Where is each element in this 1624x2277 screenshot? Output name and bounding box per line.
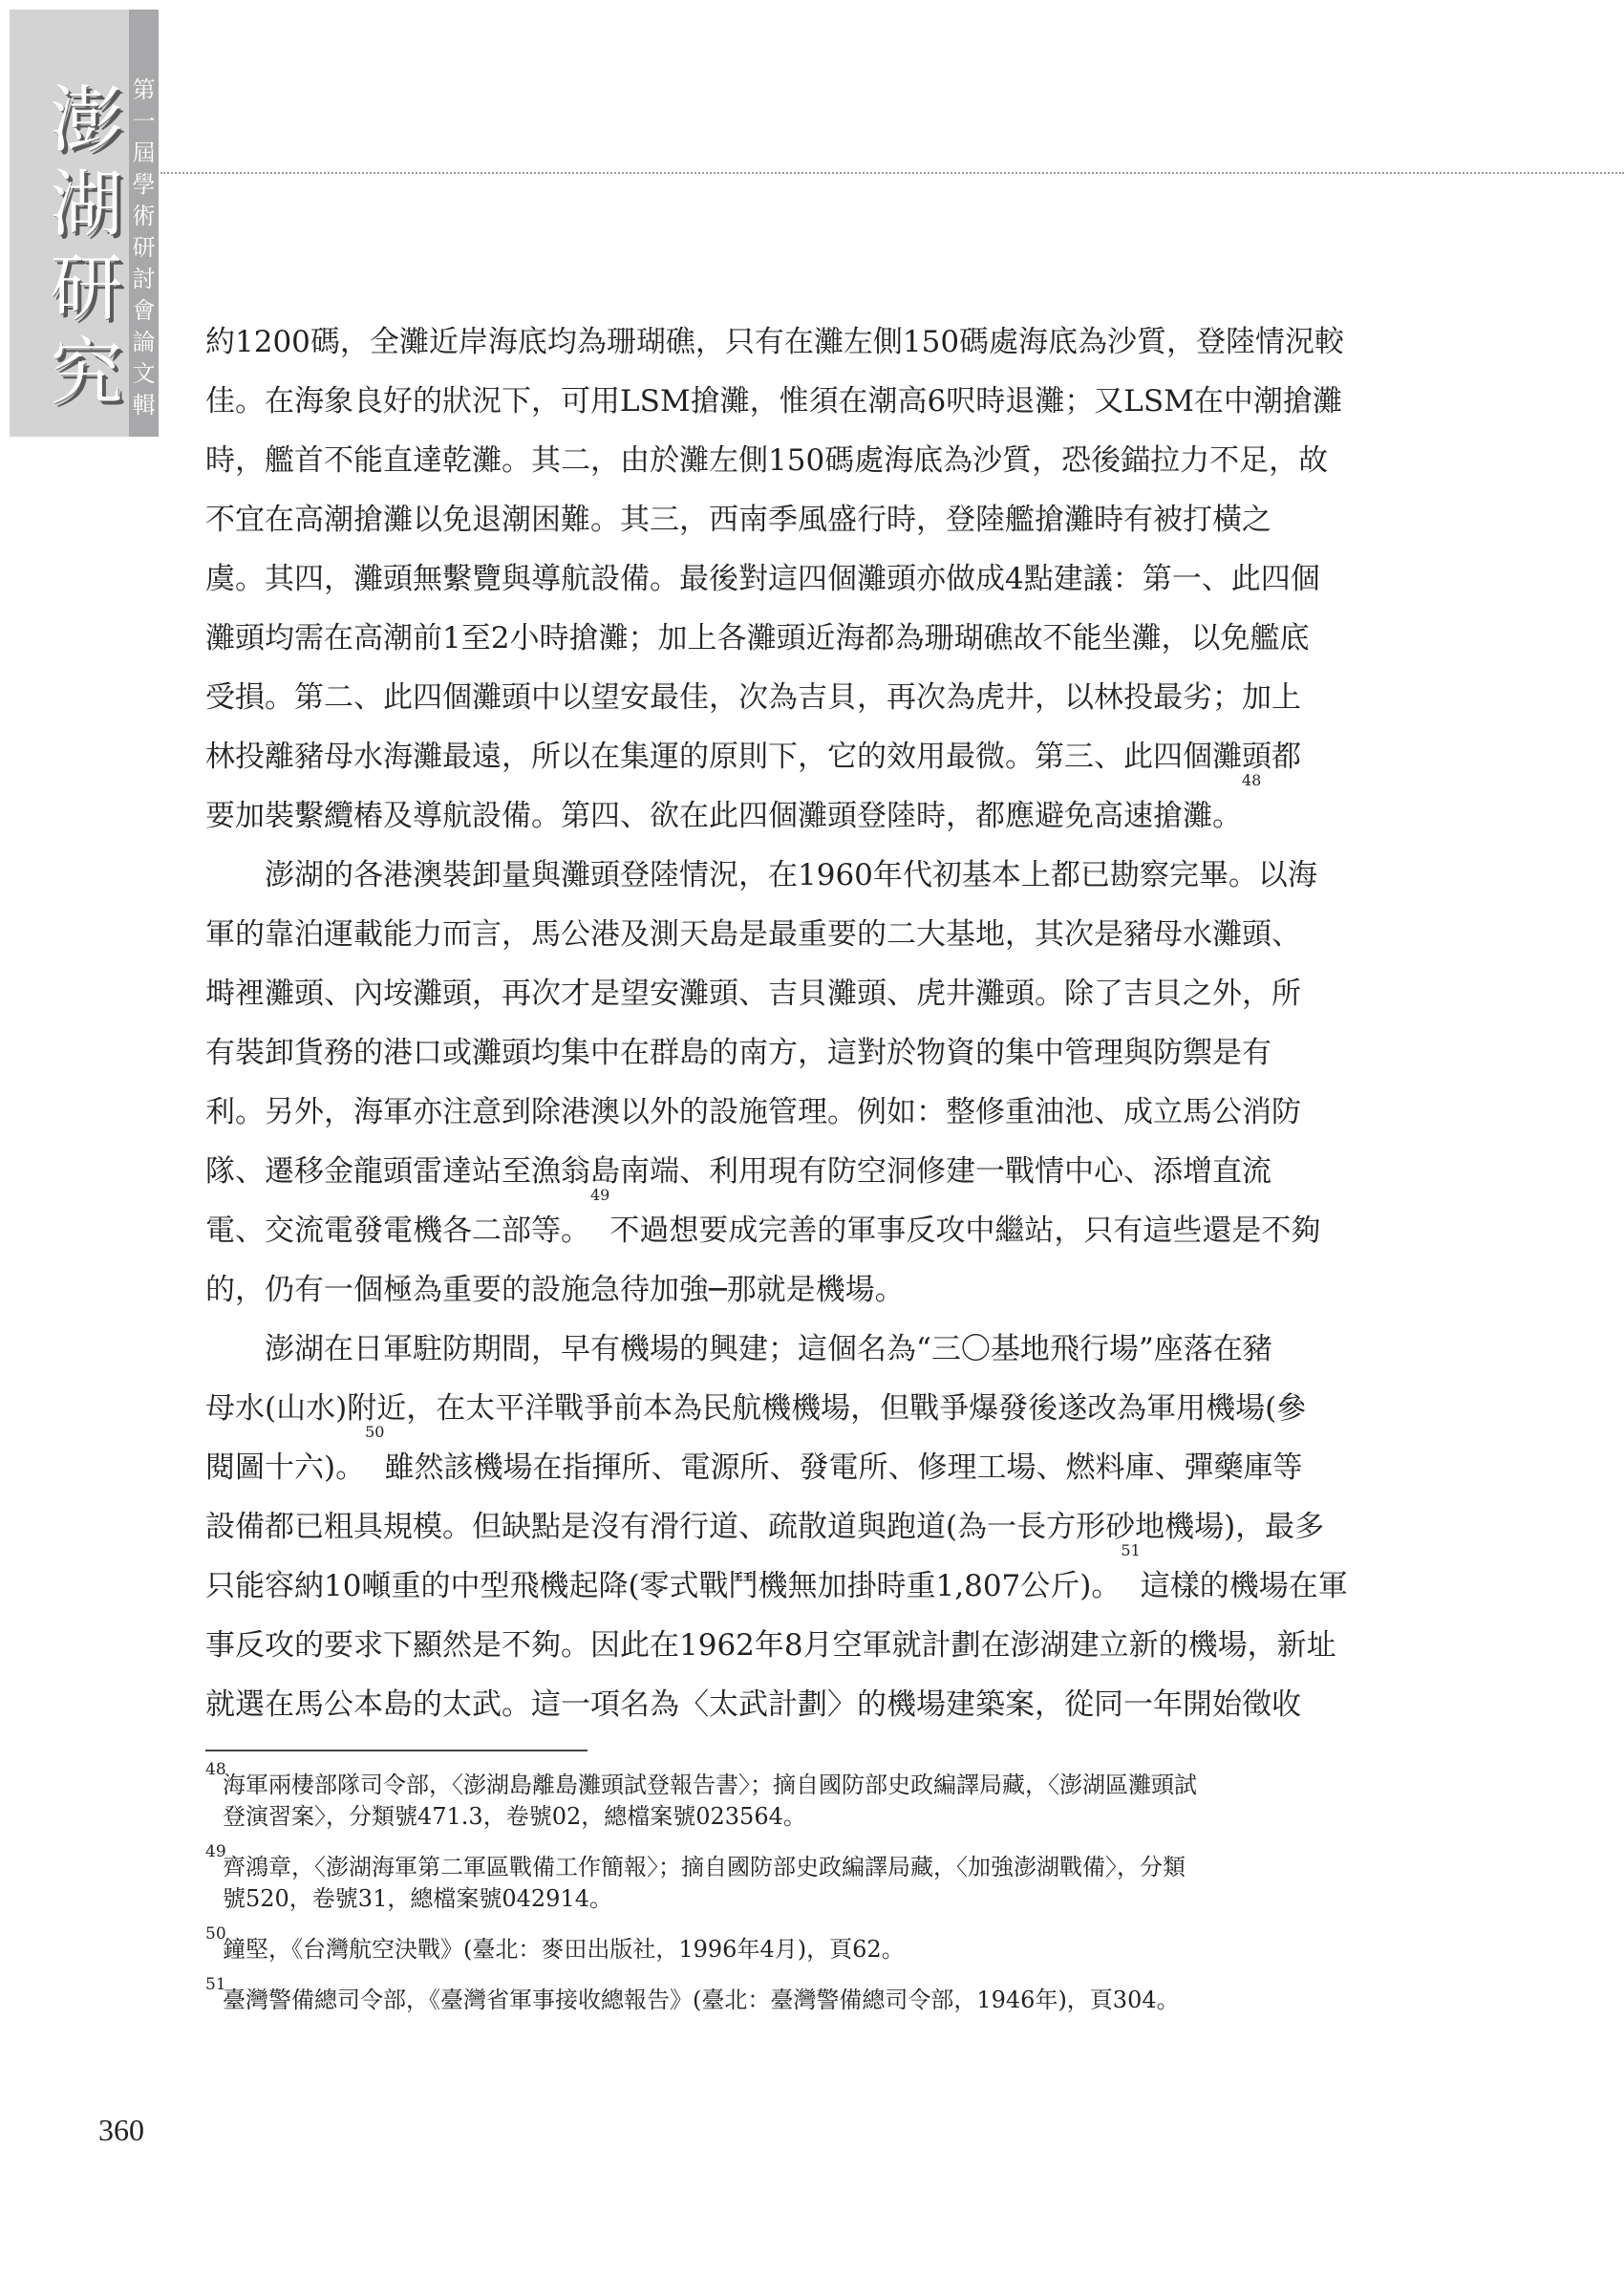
text-segment: 只能容納10噸重的中型飛機起降(零式戰鬥機無加掛時重1,807公斤)。	[205, 1569, 1121, 1603]
journal-title: 澎 湖 研 究	[46, 78, 127, 415]
series-title-char: 一	[133, 106, 156, 138]
series-title-char: 第	[133, 75, 156, 106]
series-title-char: 術	[133, 201, 156, 232]
text-segment: 要加裝繫纜樁及導航設備。第四、欲在此四個灘頭登陸時，都應避免高速搶灘。	[205, 799, 1242, 833]
footnote-number: 50	[205, 1924, 226, 1944]
footnote-number: 49	[205, 1842, 226, 1861]
text-line: 就選在馬公本島的太武。這一項名為〈太武計劃〉的機場建築案，從同一年開始徵收	[205, 1675, 1413, 1734]
footnote-48: 48 海軍兩棲部隊司令部，〈澎湖島離島灘頭試登報告書〉；摘自國防部史政編譯局藏，…	[205, 1770, 1413, 1833]
series-title-char: 論	[133, 327, 156, 358]
series-title-char: 文	[133, 358, 156, 390]
text-line: 有裝卸貨務的港口或灘頭均集中在群島的南方，這對於物資的集中管理與防禦是有	[205, 1023, 1413, 1083]
footnote-50: 50 鐘堅，《台灣航空決戰》(臺北：麥田出版社，1996年4月)，頁62。	[205, 1934, 1413, 1966]
series-title-char: 討	[133, 264, 156, 295]
body-text: 約1200碼，全灘近岸海底均為珊瑚礁，只有在灘左側150碼處海底為沙質，登陸情況…	[205, 312, 1413, 1734]
footnote-line: 鐘堅，《台灣航空決戰》(臺北：麥田出版社，1996年4月)，頁62。	[223, 1934, 1413, 1966]
text-line: 灘頭均需在高潮前1至2小時搶灘；加上各灘頭近海都為珊瑚礁故不能坐灘，以免艦底	[205, 609, 1413, 668]
footnote-ref-48[interactable]: 48	[1242, 771, 1261, 789]
text-line: 約1200碼，全灘近岸海底均為珊瑚礁，只有在灘左側150碼處海底為沙質，登陸情況…	[205, 312, 1413, 372]
paragraph-2: 澎湖的各港澳裝卸量與灘頭登陸情況，在1960年代初基本上都已勘察完畢。以海 軍的…	[205, 846, 1413, 1320]
text-line: 塒裡灘頭、內垵灘頭，再次才是望安灘頭、吉貝灘頭、虎井灘頭。除了吉貝之外，所	[205, 964, 1413, 1023]
page-number: 360	[98, 2113, 144, 2147]
journal-title-char: 澎	[51, 78, 123, 162]
text-line: 隊、遷移金龍頭雷達站至漁翁島南端、利用現有防空洞修建一戰情中心、添增直流	[205, 1142, 1413, 1201]
footnote-line: 海軍兩棲部隊司令部，〈澎湖島離島灘頭試登報告書〉；摘自國防部史政編譯局藏，〈澎湖…	[223, 1770, 1413, 1801]
footnote-line: 號520，卷號31，總檔案號042914。	[223, 1883, 1413, 1915]
text-line: 受損。第二、此四個灘頭中以望安最佳，次為吉貝，再次為虎井，以林投最劣；加上	[205, 668, 1413, 727]
text-line: 只能容納10噸重的中型飛機起降(零式戰鬥機無加掛時重1,807公斤)。51這樣的…	[205, 1557, 1413, 1616]
text-line: 母水(山水)附近，在太平洋戰爭前本為民航機機場，但戰爭爆發後遂改為軍用機場(參	[205, 1379, 1413, 1438]
text-segment: 電、交流電發電機各二部等。	[205, 1214, 590, 1248]
footnote-ref-49[interactable]: 49	[590, 1186, 609, 1204]
text-line: 事反攻的要求下顯然是不夠。因此在1962年8月空軍就計劃在澎湖建立新的機場，新址	[205, 1616, 1413, 1675]
journal-title-char: 研	[51, 247, 123, 331]
text-line: 要加裝繫纜樁及導航設備。第四、欲在此四個灘頭登陸時，都應避免高速搶灘。48	[205, 786, 1413, 846]
header-dotted-rule	[160, 172, 1624, 174]
text-line: 時，艦首不能直達乾灘。其二，由於灘左側150碼處海底為沙質，恐後錨拉力不足，故	[205, 431, 1413, 490]
series-title-char: 學	[133, 169, 156, 201]
text-line: 澎湖的各港澳裝卸量與灘頭登陸情況，在1960年代初基本上都已勘察完畢。以海	[205, 846, 1413, 905]
text-line: 佳。在海象良好的狀況下，可用LSM搶灘，惟須在潮高6呎時退灘；又LSM在中潮搶灘	[205, 372, 1413, 431]
footnote-line: 登演習案〉，分類號471.3，卷號02，總檔案號023564。	[223, 1801, 1413, 1833]
series-title-char: 屆	[133, 138, 156, 169]
footnote-number: 48	[205, 1760, 226, 1779]
journal-title-char: 湖	[51, 162, 123, 247]
text-line: 的，仍有一個極為重要的設施急待加強─那就是機場。	[205, 1260, 1413, 1320]
footnotes: 48 海軍兩棲部隊司令部，〈澎湖島離島灘頭試登報告書〉；摘自國防部史政編譯局藏，…	[205, 1770, 1413, 2035]
series-title-char: 研	[133, 232, 156, 264]
journal-title-char: 究	[51, 331, 123, 415]
text-line: 電、交流電發電機各二部等。49不過想要成完善的軍事反攻中繼站，只有這些還是不夠	[205, 1201, 1413, 1260]
text-line: 澎湖在日軍駐防期間，早有機場的興建；這個名為“三〇基地飛行場”座落在豬	[205, 1320, 1413, 1379]
footnote-51: 51 臺灣警備總司令部，《臺灣省軍事接收總報告》(臺北：臺灣警備總司令部，194…	[205, 1985, 1413, 2016]
footnote-number: 51	[205, 1975, 226, 1994]
footnote-ref-51[interactable]: 51	[1121, 1541, 1140, 1559]
series-title-char: 會	[133, 295, 156, 327]
text-line: 軍的靠泊運載能力而言，馬公港及測天島是最重要的二大基地，其次是豬母水灘頭、	[205, 905, 1413, 964]
footnote-line: 齊鴻章，〈澎湖海軍第二軍區戰備工作簡報〉；摘自國防部史政編譯局藏，〈加強澎湖戰備…	[223, 1852, 1413, 1883]
footnote-ref-50[interactable]: 50	[365, 1423, 384, 1441]
text-segment: 這樣的機場在軍	[1141, 1569, 1348, 1603]
text-line: 不宜在高潮搶灘以免退潮困難。其三，西南季風盛行時，登陸艦搶灘時有被打橫之	[205, 490, 1413, 549]
footnote-line: 臺灣警備總司令部，《臺灣省軍事接收總報告》(臺北：臺灣警備總司令部，1946年)…	[223, 1985, 1413, 2016]
text-line: 利。另外，海軍亦注意到除港澳以外的設施管理。例如：整修重油池、成立馬公消防	[205, 1083, 1413, 1142]
paragraph-3: 澎湖在日軍駐防期間，早有機場的興建；這個名為“三〇基地飛行場”座落在豬 母水(山…	[205, 1320, 1413, 1734]
footnote-49: 49 齊鴻章，〈澎湖海軍第二軍區戰備工作簡報〉；摘自國防部史政編譯局藏，〈加強澎…	[205, 1852, 1413, 1915]
paragraph-1: 約1200碼，全灘近岸海底均為珊瑚礁，只有在灘左側150碼處海底為沙質，登陸情況…	[205, 312, 1413, 846]
text-line: 虞。其四，灘頭無繫覽與導航設備。最後對這四個灘頭亦做成4點建議：第一、此四個	[205, 549, 1413, 609]
text-segment: 雖然該機場在指揮所、電源所、發電所、修理工場、燃料庫、彈藥庫等	[384, 1450, 1302, 1485]
text-segment: 不過想要成完善的軍事反攻中繼站，只有這些還是不夠	[609, 1214, 1320, 1248]
text-line: 林投離豬母水海灘最遠，所以在集運的原則下，它的效用最微。第三、此四個灘頭都	[205, 727, 1413, 786]
series-title-char: 輯	[133, 390, 156, 421]
text-segment: 閱圖十六)。	[205, 1450, 365, 1485]
footnote-separator	[205, 1750, 588, 1751]
series-title: 第 一 屆 學 術 研 討 會 論 文 輯	[129, 75, 159, 421]
text-line: 設備都已粗具規模。但缺點是沒有滑行道、疏散道與跑道(為一長方形砂地機場)，最多	[205, 1497, 1413, 1557]
text-line: 閱圖十六)。50雖然該機場在指揮所、電源所、發電所、修理工場、燃料庫、彈藥庫等	[205, 1438, 1413, 1497]
